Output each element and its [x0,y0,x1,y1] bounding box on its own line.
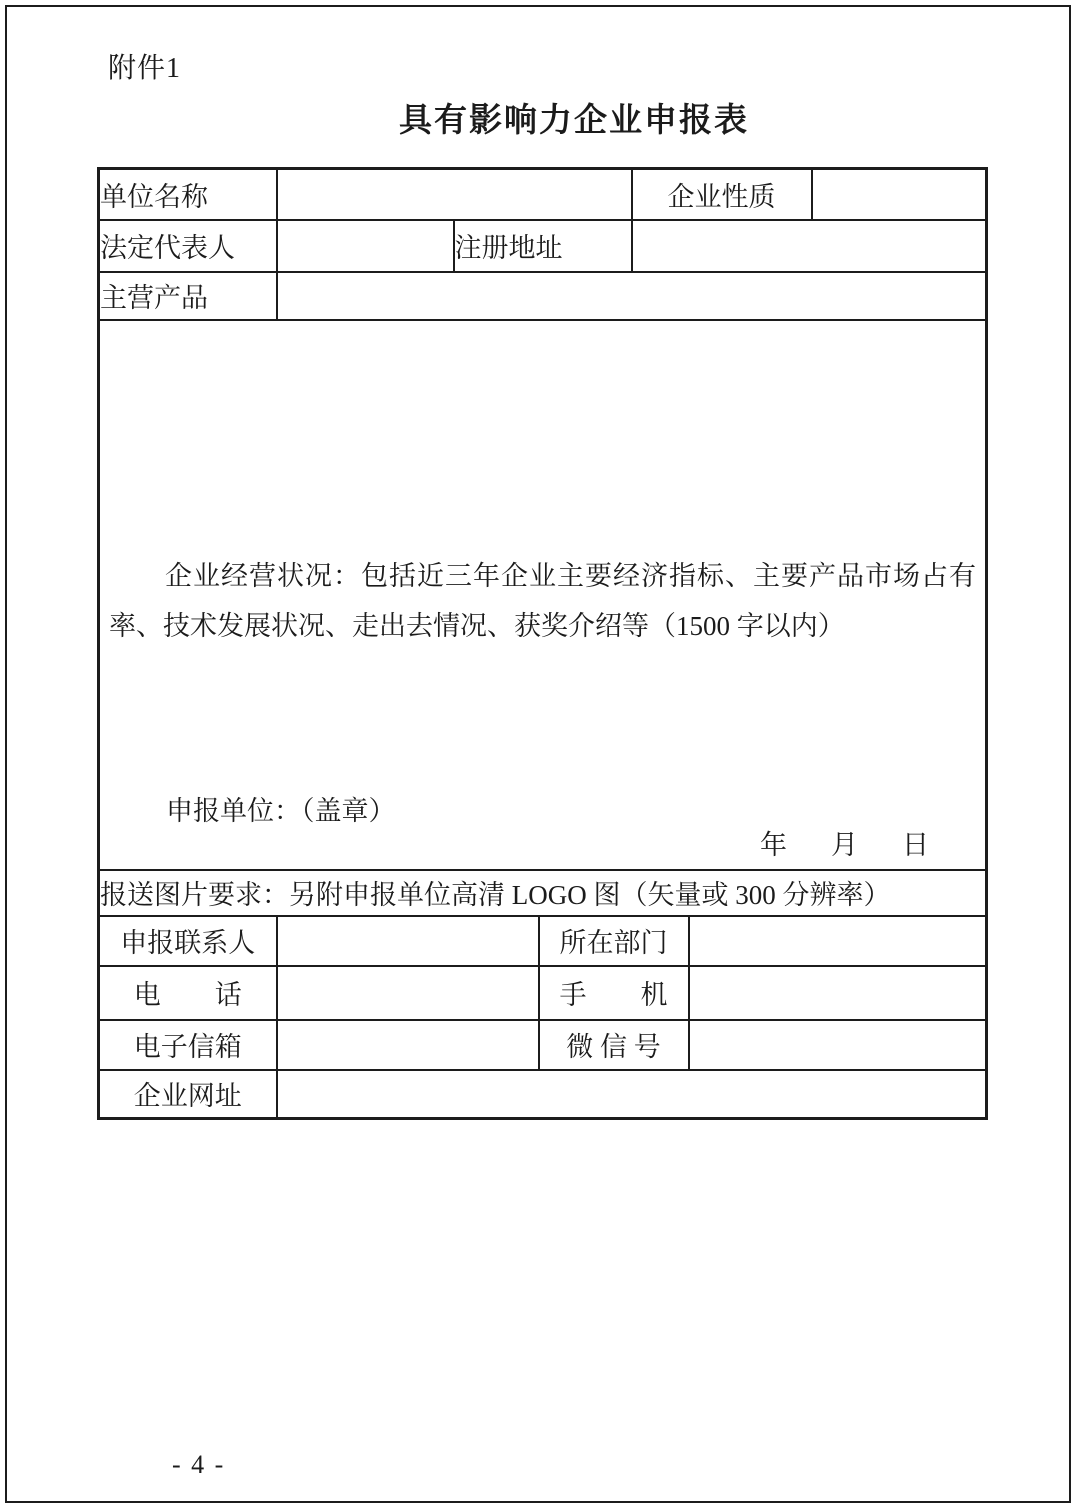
legal-rep-value-cell [277,220,454,272]
registered-address-value-cell [632,220,987,272]
main-products-value-cell [277,272,987,320]
wechat-value-cell [689,1020,987,1070]
enterprise-nature-label: 企业性质 [632,169,812,220]
business-status-cell: 企业经营状况：包括近三年企业主要经济指标、主要产品市场占有率、技术发展状况、走出… [99,320,987,870]
legal-rep-label: 法定代表人 [99,220,277,272]
date-month-label: 月 [831,830,858,860]
email-label: 电子信箱 [99,1020,277,1070]
phone-label: 电 话 [99,966,277,1020]
table-row: 单位名称 企业性质 [99,169,987,220]
registered-address-label: 注册地址 [454,220,632,272]
date-year-label: 年 [760,830,787,860]
table-row: 主营产品 [99,272,987,320]
table-row: 电 话 手 机 [99,966,987,1020]
image-requirement-text: 报送图片要求：另附申报单位高清 LOGO 图（矢量或 300 分辨率） [99,870,987,916]
table-row: 企业经营状况：包括近三年企业主要经济指标、主要产品市场占有率、技术发展状况、走出… [99,320,987,870]
contact-person-label: 申报联系人 [99,916,277,966]
main-products-label: 主营产品 [99,272,277,320]
page-number: - 4 - [172,1450,225,1480]
wechat-label: 微 信 号 [539,1020,689,1070]
mobile-value-cell [689,966,987,1020]
table-row: 电子信箱 微 信 号 [99,1020,987,1070]
unit-name-value-cell [277,169,632,220]
department-value-cell [689,916,987,966]
table-row: 法定代表人 注册地址 [99,220,987,272]
contact-person-value-cell [277,916,539,966]
website-label: 企业网址 [99,1070,277,1119]
email-value-cell [277,1020,539,1070]
table-row: 报送图片要求：另附申报单位高清 LOGO 图（矢量或 300 分辨率） [99,870,987,916]
phone-value-cell [277,966,539,1020]
website-value-cell [277,1070,987,1119]
table-row: 企业网址 [99,1070,987,1119]
unit-name-label: 单位名称 [99,169,277,220]
date-day-label: 日 [902,830,929,860]
enterprise-nature-value-cell [812,169,987,220]
business-status-text: 企业经营状况：包括近三年企业主要经济指标、主要产品市场占有率、技术发展状况、走出… [109,551,976,651]
table-row: 申报联系人 所在部门 [99,916,987,966]
page-title: 具有影响力企业申报表 [0,94,1080,141]
mobile-label: 手 机 [539,966,689,1020]
date-line: 年月日 [760,823,985,862]
department-label: 所在部门 [539,916,689,966]
declaring-unit-stamp-label: 申报单位：（盖章） [166,789,396,828]
application-form-table: 单位名称 企业性质 法定代表人 注册地址 主营产品 企业经营状况：包括近三年企业… [97,167,988,1120]
attachment-label: 附件1 [108,46,181,86]
